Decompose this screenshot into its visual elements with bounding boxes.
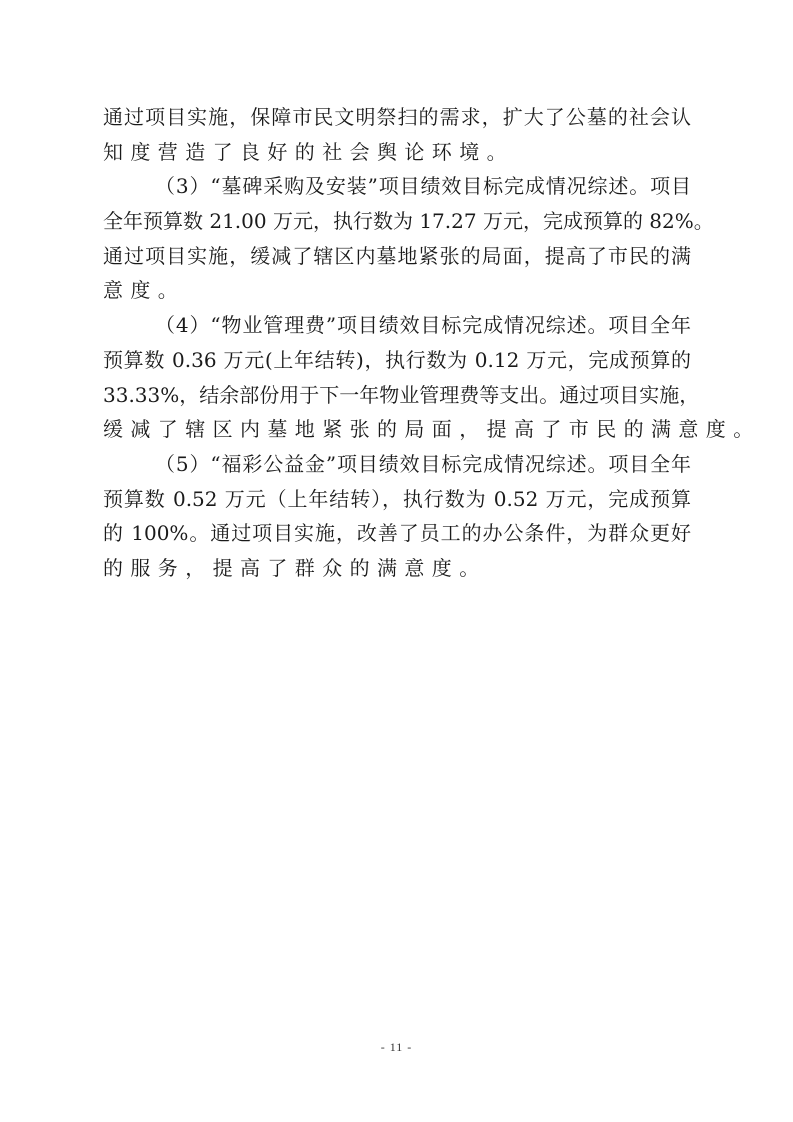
- text-line: （5）“福彩公益金”项目绩效目标完成情况综述。项目全年: [103, 447, 691, 482]
- text-line: （4）“物业管理费”项目绩效目标完成情况综述。项目全年: [103, 308, 691, 343]
- text-line: 的 100%。通过项目实施，改善了员工的办公条件，为群众更好: [103, 516, 691, 551]
- text-line: 全年预算数 21.00 万元，执行数为 17.27 万元，完成预算的 82%。: [103, 204, 691, 239]
- paragraph-item-5: （5）“福彩公益金”项目绩效目标完成情况综述。项目全年 预算数 0.52 万元（…: [103, 447, 691, 586]
- text-line: 知度营造了良好的社会舆论环境。: [103, 135, 691, 170]
- text-line: 的服务，提高了群众的满意度。: [103, 551, 691, 586]
- text-line: 预算数 0.52 万元（上年结转），执行数为 0.52 万元，完成预算: [103, 482, 691, 517]
- text-line: 缓减了辖区内墓地紧张的局面，提高了市民的满意度。: [103, 412, 691, 447]
- text-line: 预算数 0.36 万元(上年结转)，执行数为 0.12 万元，完成预算的: [103, 343, 691, 378]
- text-line: 通过项目实施，保障市民文明祭扫的需求，扩大了公墓的社会认: [103, 100, 691, 135]
- document-body: 通过项目实施，保障市民文明祭扫的需求，扩大了公墓的社会认 知度营造了良好的社会舆…: [103, 100, 691, 586]
- text-line: （3）“墓碑采购及安装”项目绩效目标完成情况综述。项目: [103, 169, 691, 204]
- text-line: 通过项目实施，缓减了辖区内墓地紧张的局面，提高了市民的满: [103, 239, 691, 274]
- paragraph-continuation: 通过项目实施，保障市民文明祭扫的需求，扩大了公墓的社会认 知度营造了良好的社会舆…: [103, 100, 691, 169]
- page-number: - 11 -: [0, 1040, 793, 1055]
- text-line: 意度。: [103, 273, 691, 308]
- paragraph-item-3: （3）“墓碑采购及安装”项目绩效目标完成情况综述。项目 全年预算数 21.00 …: [103, 169, 691, 308]
- paragraph-item-4: （4）“物业管理费”项目绩效目标完成情况综述。项目全年 预算数 0.36 万元(…: [103, 308, 691, 447]
- text-line: 33.33%，结余部份用于下一年物业管理费等支出。通过项目实施，: [103, 378, 691, 413]
